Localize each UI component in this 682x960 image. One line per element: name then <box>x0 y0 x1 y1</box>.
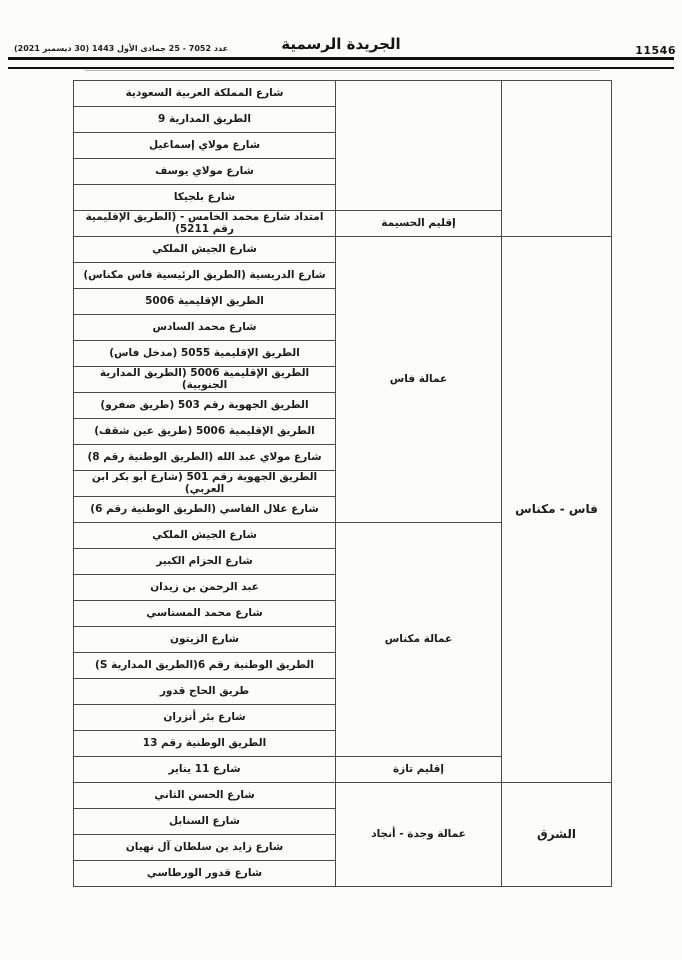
prefecture-cell: إقليم الحسيمة <box>336 211 502 237</box>
table-row: الشرقعمالة وجدة - أنجادشارع الحسن الثاني <box>74 783 612 809</box>
street-cell: الطريق الإقليمية 5006 (الطريق المدارية ا… <box>74 367 336 393</box>
region-cell <box>502 81 612 237</box>
table-top-hairline <box>85 70 600 71</box>
street-cell: الطريق الوطنية رقم 6(الطريق المدارية S) <box>74 653 336 679</box>
prefecture-cell <box>336 81 502 211</box>
street-cell: شارع زايد بن سلطان آل نهيان <box>74 835 336 861</box>
street-cell: شارع علال الفاسي (الطريق الوطنية رقم 6) <box>74 497 336 523</box>
street-cell: شارع السنابل <box>74 809 336 835</box>
street-cell: شارع قدور الورطاسي <box>74 861 336 887</box>
region-cell: الشرق <box>502 783 612 887</box>
street-cell: شارع 11 يناير <box>74 757 336 783</box>
street-cell: شارع محمد المستاسي <box>74 601 336 627</box>
street-cell: شارع الحزام الكبير <box>74 549 336 575</box>
prefecture-cell: إقليم تازة <box>336 757 502 783</box>
gazette-title: الجريدة الرسمية <box>0 35 682 53</box>
street-cell: امتداد شارع محمد الخامس - (الطريق الإقلي… <box>74 211 336 237</box>
street-cell: الطريق الوطنية رقم 13 <box>74 731 336 757</box>
street-cell: شارع الزيتون <box>74 627 336 653</box>
street-cell: الطريق الجهوية رقم 501 (شارع أبو بكر ابن… <box>74 471 336 497</box>
street-cell: طريق الحاج قدور <box>74 679 336 705</box>
prefecture-cell: عمالة مكناس <box>336 523 502 757</box>
street-cell: شارع الدريسية (الطريق الرئيسية فاس مكناس… <box>74 263 336 289</box>
street-cell: شارع بلجيكا <box>74 185 336 211</box>
street-cell: شارع بئر أنزران <box>74 705 336 731</box>
street-cell: شارع مولاي يوسف <box>74 159 336 185</box>
street-cell: الطريق المدارية 9 <box>74 107 336 133</box>
street-cell: شارع المملكة العربية السعودية <box>74 81 336 107</box>
street-cell: الطريق الإقليمية 5006 <box>74 289 336 315</box>
header-double-rule <box>8 57 674 69</box>
street-cell: شارع مولاي عبد الله (الطريق الوطنية رقم … <box>74 445 336 471</box>
street-cell: عبد الرحمن بن زيدان <box>74 575 336 601</box>
street-cell: الطريق الجهوية رقم 503 (طريق صفرو) <box>74 393 336 419</box>
street-cell: شارع مولاي إسماعيل <box>74 133 336 159</box>
street-cell: شارع محمد السادس <box>74 315 336 341</box>
table-row: شارع المملكة العربية السعودية <box>74 81 612 107</box>
table-row: فاس - مكناسعمالة فاسشارع الجيش الملكي <box>74 237 612 263</box>
prefecture-cell: عمالة وجدة - أنجاد <box>336 783 502 887</box>
street-cell: شارع الحسن الثاني <box>74 783 336 809</box>
streets-table: شارع المملكة العربية السعوديةالطريق المد… <box>73 80 612 887</box>
prefecture-cell: عمالة فاس <box>336 237 502 523</box>
region-cell: فاس - مكناس <box>502 237 612 783</box>
page-number: 11546 <box>635 44 676 57</box>
street-cell: الطريق الإقليمية 5055 (مدخل فاس) <box>74 341 336 367</box>
street-cell: الطريق الإقليمية 5006 (طريق عين شقف) <box>74 419 336 445</box>
street-cell: شارع الجيش الملكي <box>74 237 336 263</box>
street-cell: شارع الجيش الملكي <box>74 523 336 549</box>
